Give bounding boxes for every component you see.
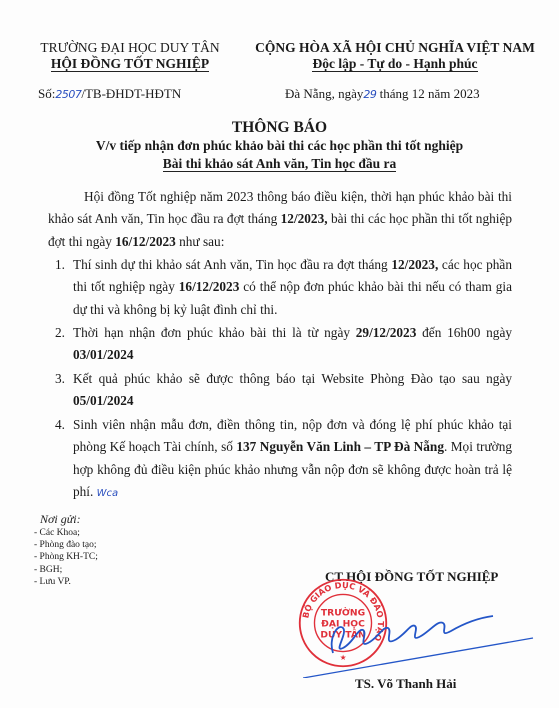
recipient-item: - Phòng đào tạo; <box>34 539 98 551</box>
handwritten-doc-number: 2507 <box>55 88 81 101</box>
recipient-item: - BGH; <box>34 564 98 576</box>
handwritten-initials: Wca <box>97 488 119 499</box>
document-page: TRƯỜNG ĐẠI HỌC DUY TÂN HỘI ĐỒNG TỐT NGHI… <box>0 0 559 708</box>
intro-paragraph: Hội đồng Tốt nghiệp năm 2023 thông báo đ… <box>48 186 512 253</box>
organization-name: TRƯỜNG ĐẠI HỌC DUY TÂN <box>30 40 230 56</box>
document-subject-line-2: Bài thi khảo sát Anh văn, Tin học đầu ra <box>0 156 559 172</box>
handwritten-day: 29 <box>363 88 376 101</box>
issuing-organization-block: TRƯỜNG ĐẠI HỌC DUY TÂN HỘI ĐỒNG TỐT NGHI… <box>30 40 230 72</box>
list-item: 2. Thời hạn nhận đơn phúc khảo bài thi l… <box>48 322 512 367</box>
department-name: HỘI ĐỒNG TỐT NGHIỆP <box>51 56 209 72</box>
list-item: 1. Thí sinh dự thi khảo sát Anh văn, Tin… <box>48 254 512 321</box>
national-heading-block: CỘNG HÒA XÃ HỘI CHỦ NGHĨA VIỆT NAM Độc l… <box>240 40 550 72</box>
list-item: 4. Sinh viên nhận mẫu đơn, điền thông ti… <box>48 414 512 505</box>
recipients-heading: Nơi gửi: <box>40 512 98 527</box>
handwritten-signature-icon <box>303 598 543 678</box>
nation-name: CỘNG HÒA XÃ HỘI CHỦ NGHĨA VIỆT NAM <box>240 40 550 56</box>
place-and-date: Đà Nẵng, ngày29 tháng 12 năm 2023 <box>285 86 480 102</box>
recipients-block: Nơi gửi: - Các Khoa; - Phòng đào tạo; - … <box>34 512 98 588</box>
document-number: Số:2507/TB-ĐHDT-HĐTN <box>38 86 181 102</box>
document-subject-line-1: V/v tiếp nhận đơn phúc khảo bài thi các … <box>0 138 559 154</box>
document-title: THÔNG BÁO <box>0 119 559 137</box>
recipient-item: - Phòng KH-TC; <box>34 551 98 563</box>
recipient-item: - Lưu VP. <box>34 576 98 588</box>
list-item: 3. Kết quả phúc khảo sẽ được thông báo t… <box>48 368 512 413</box>
signer-name: TS. Võ Thanh Hải <box>355 676 456 692</box>
recipient-item: - Các Khoa; <box>34 527 98 539</box>
national-motto: Độc lập - Tự do - Hạnh phúc <box>312 56 477 72</box>
